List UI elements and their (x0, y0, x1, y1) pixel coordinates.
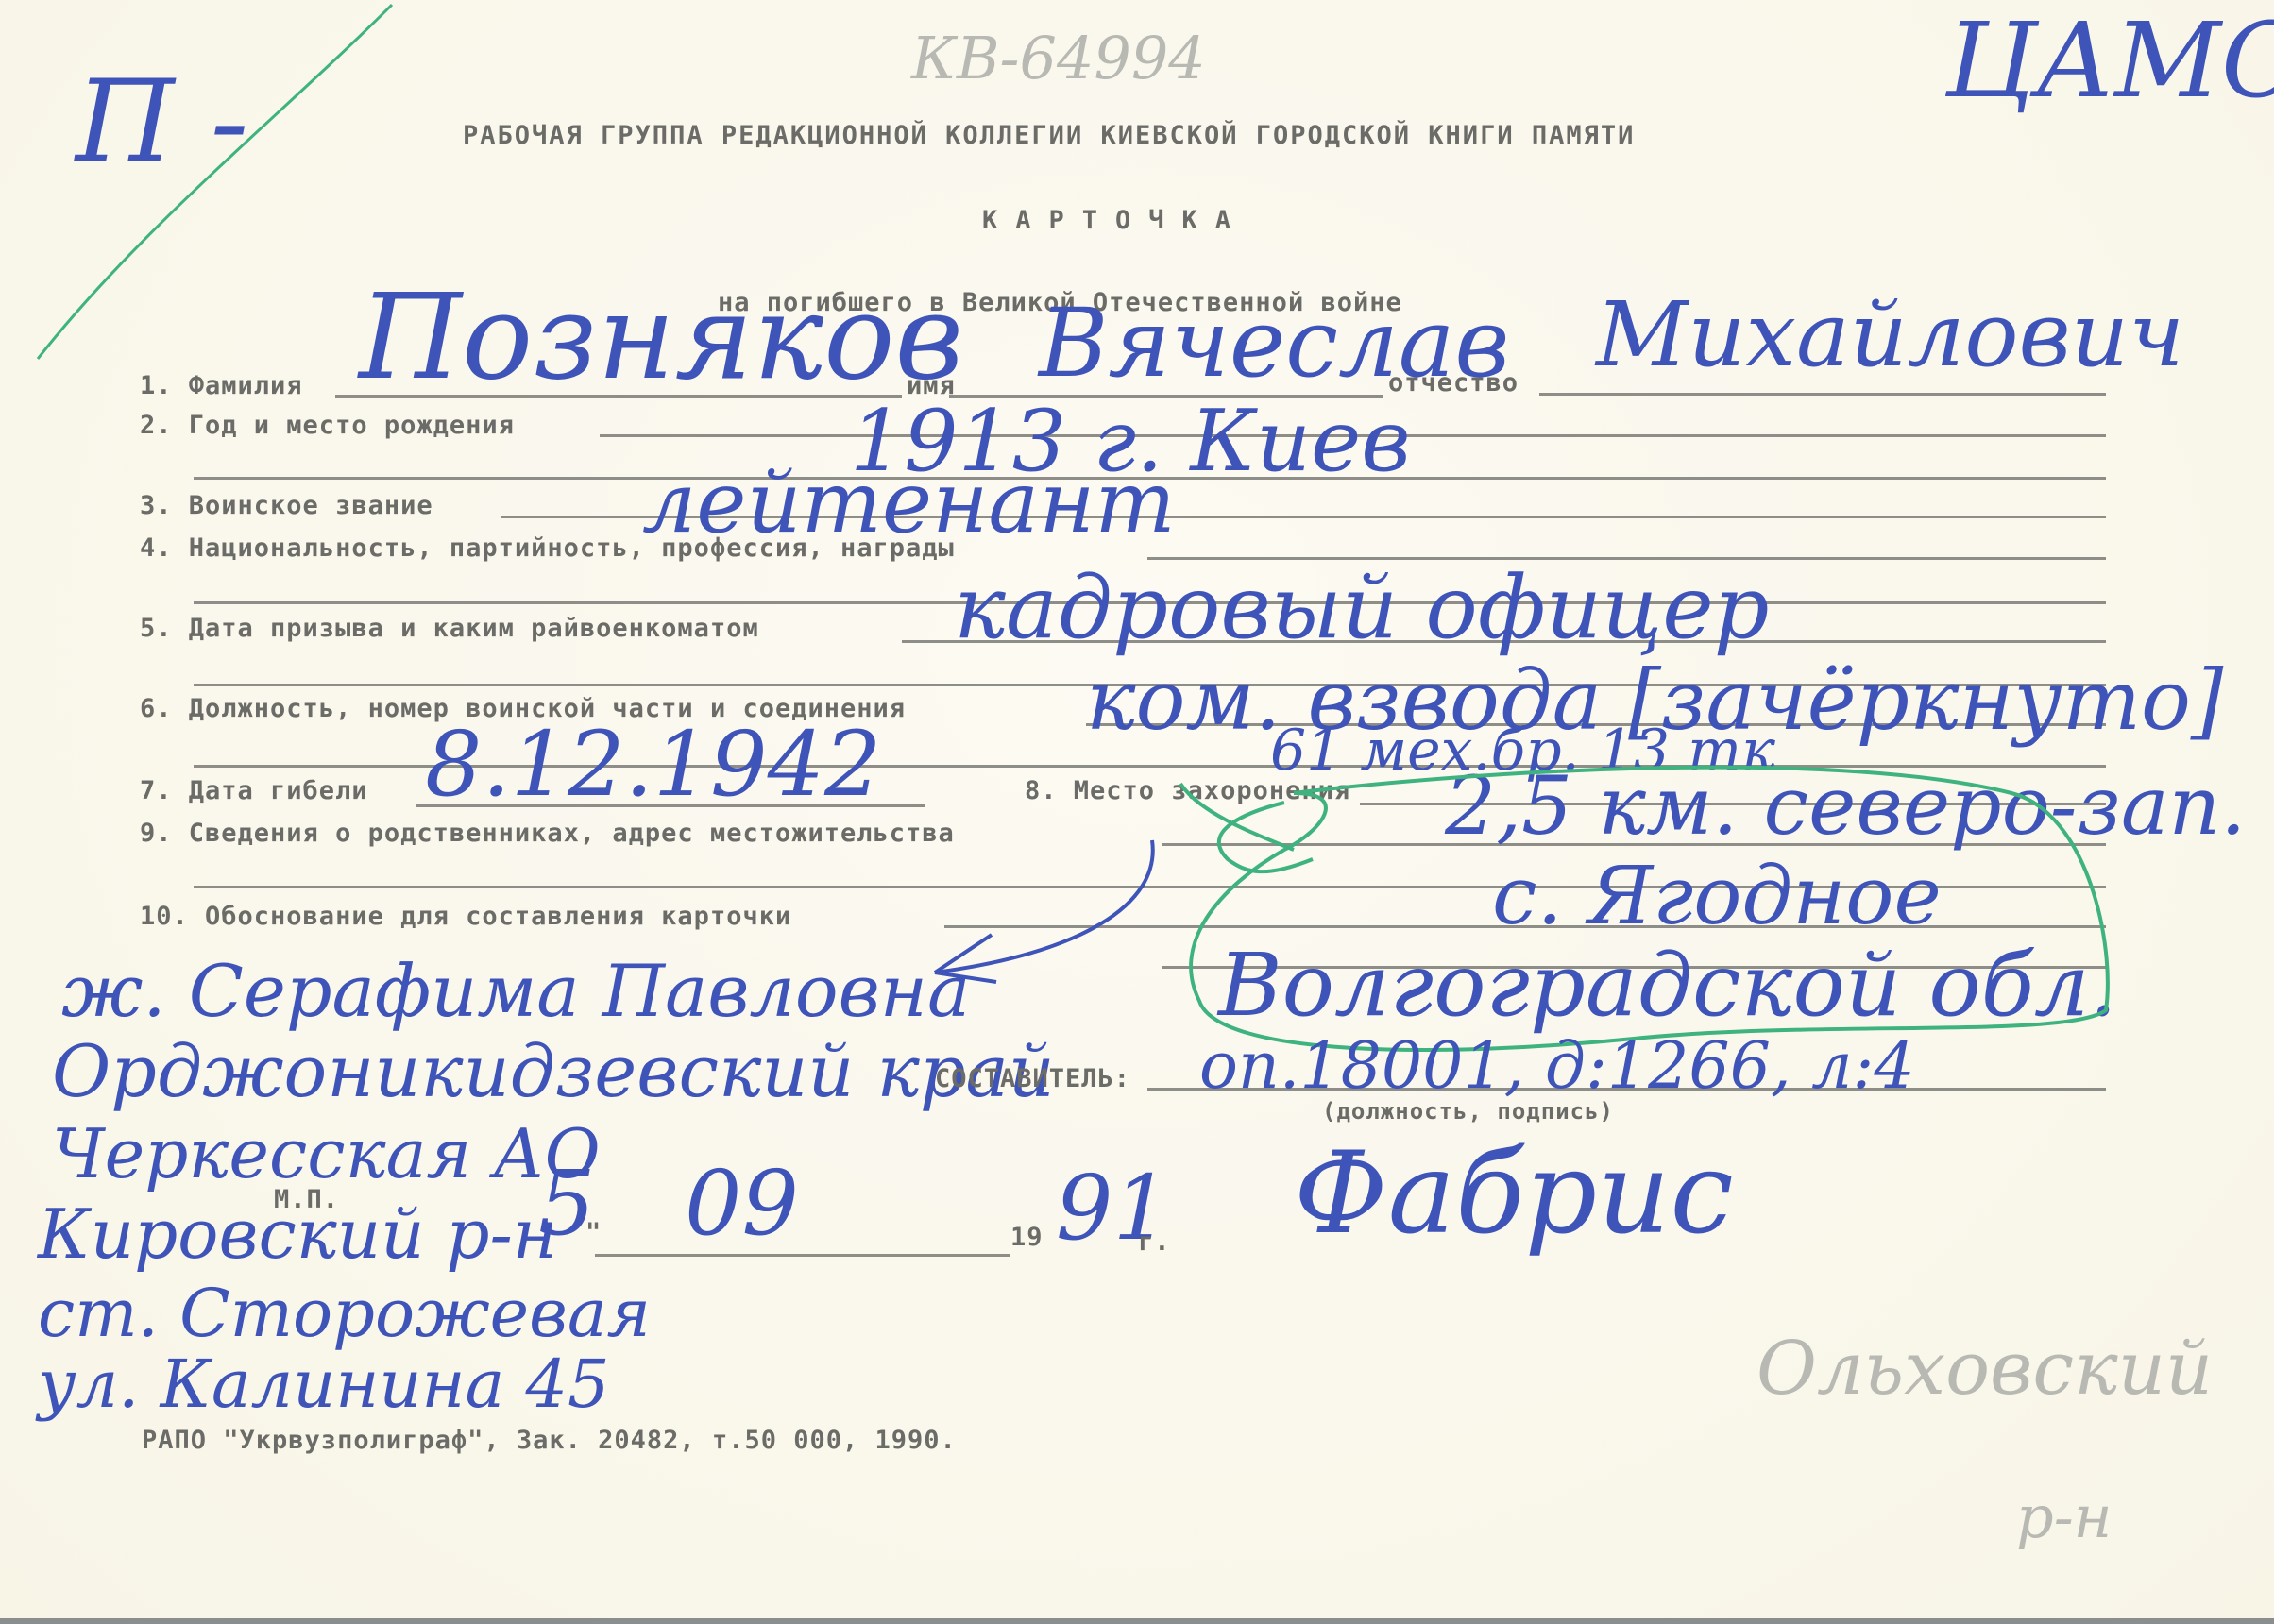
field-nationality-label: 4. Национальность, партийность, професси… (140, 533, 955, 563)
corner-mark-right: ЦАМО (1945, 0, 2274, 121)
pencil-note-district: Ольховский (1756, 1327, 2213, 1412)
date-quote: " (585, 1218, 602, 1247)
field-basis-label: 10. Обоснование для составления карточки (140, 902, 791, 931)
compiler-caption: (должность, подпись) (1322, 1098, 1614, 1125)
field-conscription-label: 5. Дата призыва и каким райвоенкоматом (140, 614, 759, 643)
date-month: 09 (685, 1152, 799, 1256)
date-year-prefix: 19 (1010, 1223, 1044, 1252)
compiler-label: СОСТАВИТЕЛЬ: (935, 1064, 1130, 1093)
printer-imprint: РАПО "Укрвузполиграф", Зак. 20482, т.50 … (142, 1426, 957, 1455)
card-header: РАБОЧАЯ ГРУППА РЕДАКЦИОННОЙ КОЛЛЕГИИ КИЕ… (463, 121, 1635, 150)
field-birth-label: 2. Год и место рождения (140, 411, 515, 440)
corner-mark-left: П - (76, 57, 248, 188)
field-relatives-label: 9. Сведения о родственниках, адрес место… (140, 819, 955, 848)
relatives-line-1: ж. Серафима Павловна (61, 949, 970, 1033)
death-date-value: 8.12.1942 (425, 713, 882, 817)
relatives-line-6: ул. Калинина 45 (38, 1345, 610, 1423)
field-surname-label: 1. Фамилия (140, 371, 303, 400)
pencil-note-rn: р-н (2016, 1482, 2112, 1551)
relatives-line-5: ст. Сторожевая (38, 1275, 651, 1352)
memorial-card: П - КВ-64994 ЦАМО РАБОЧАЯ ГРУППА РЕДАКЦИ… (0, 0, 2274, 1624)
green-burial-outline (1162, 755, 2274, 1076)
first-name-value: Вячеслав (1039, 288, 1510, 398)
conscription-value: кадровый офицер (954, 557, 1770, 658)
signature: Фабрис (1294, 1128, 1734, 1260)
card-title: КАРТОЧКА (982, 206, 1248, 235)
patronymic-value: Михайлович (1596, 283, 2184, 387)
surname-value: Позняков (359, 269, 963, 406)
field-rank-label: 3. Воинское звание (140, 491, 433, 520)
archive-number: КВ-64994 (911, 24, 1206, 93)
date-year-unit: г. (1138, 1227, 1171, 1257)
relatives-line-2: Орджоникидзевский край (52, 1029, 1055, 1113)
stamp-place-label: М.П. (274, 1185, 339, 1214)
compiler-value: оп.18001, д:1266, л:4 (1199, 1029, 1915, 1104)
field-death-date-label: 7. Дата гибели (140, 776, 368, 805)
scan-bottom-edge (0, 1618, 2274, 1624)
relatives-line-3: Черкесская АО (52, 1114, 601, 1193)
